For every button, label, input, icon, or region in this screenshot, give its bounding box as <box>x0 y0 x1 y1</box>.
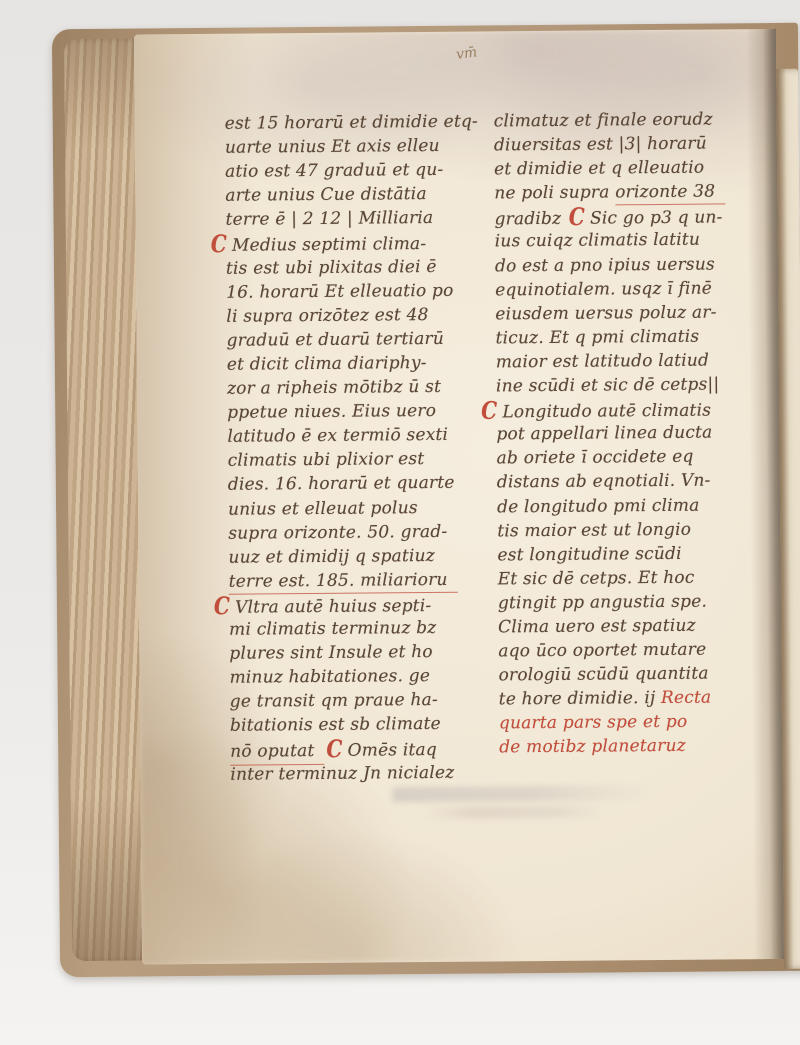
manuscript-line: uarte unius Et axis elleu <box>225 134 481 160</box>
manuscript-line: ppetue niues. Eius uero <box>227 399 483 425</box>
text-segment: uarte unius Et axis elleu <box>225 136 440 158</box>
text-segment: pot appellari linea ducta <box>496 423 712 445</box>
manuscript-line: est 15 horarū et dimidie etq- <box>225 110 481 136</box>
manuscript-line: bitationis est sb climate <box>230 712 486 738</box>
manuscript-line: ius cuiqz climatis latitu <box>495 228 751 254</box>
manuscript-line: minuz habitationes. ge <box>229 664 485 690</box>
text-column-right: climatuz et finale eorudzdiuersitas est … <box>494 107 756 760</box>
text-segment: equinotialem. usqz ī finē <box>495 278 712 300</box>
manuscript-line: CLongitudo autē climatis <box>496 396 752 422</box>
text-segment: climatis ubi plixior est <box>228 449 425 471</box>
text-segment: et dicit clima diariphy- <box>227 353 427 375</box>
manuscript-line: arte unius Cue distātia <box>225 182 481 208</box>
text-segment: inter terminuz Jn nicialez <box>230 762 454 784</box>
manuscript-line: distans ab eqnotiali. Vn- <box>497 469 753 495</box>
capitulum-mark: C <box>569 203 585 232</box>
manuscript-line: CMedius septimi clima- <box>226 230 482 256</box>
manuscript-line: et dimidie et q elleuatio <box>494 155 750 181</box>
manuscript-line: mi climatis terminuz bz <box>229 615 485 641</box>
text-segment: distans ab eqnotiali. Vn- <box>497 471 711 493</box>
manuscript-line: equinotialem. usqz ī finē <box>495 276 751 302</box>
manuscript-line: est longitudine scūdi <box>497 541 753 567</box>
manuscript-line: Clima uero est spatiuz <box>498 613 754 639</box>
text-segment: diuersitas est |3| horarū <box>494 134 707 156</box>
text-segment: tis est ubi plixitas diei ē <box>226 256 437 278</box>
manuscript-line: li supra orizōtez est 48 <box>226 302 482 328</box>
text-segment: climatuz et finale eorudz <box>494 110 713 132</box>
manuscript-line: ge transit qm praue ha- <box>230 688 486 714</box>
manuscript-line: nō oputatCOmēs itaq <box>230 736 486 762</box>
text-segment: eiusdem uersus poluz ar- <box>495 302 716 324</box>
text-segment: arte unius Cue distātia <box>225 184 427 206</box>
manuscript-line: gtingit pp angustia spe. <box>498 589 754 615</box>
text-segment: terre est. 185. miliarioru <box>229 568 458 595</box>
manuscript-line: do est a pno ipius uersus <box>495 252 751 278</box>
manuscript-line: tis maior est ut longio <box>497 517 753 543</box>
manuscript-line: et dicit clima diariphy- <box>227 350 483 376</box>
manuscript-line: zor a ripheis mōtibz ū st <box>227 375 483 401</box>
manuscript-page: vm̄ est 15 horarū et dimidie etq-uarte u… <box>134 29 784 965</box>
text-segment: plures sint Insule et ho <box>229 642 433 664</box>
manuscript-book: vm̄ est 15 horarū et dimidie etq-uarte u… <box>52 23 800 977</box>
text-segment: 16. horarū Et elleuatio po <box>226 280 453 302</box>
manuscript-line: graduū et duarū tertiarū <box>226 326 482 352</box>
manuscript-line: gradibz CSic go p3 q un- <box>494 204 750 230</box>
text-column-left: est 15 horarū et dimidie etq-uarte unius… <box>225 110 487 787</box>
text-segment: dies. 16. horarū et quarte <box>228 473 455 495</box>
text-segment: orizonte 38 <box>615 180 725 206</box>
manuscript-line: terre ē | 2 12 | Milliaria <box>225 206 481 232</box>
manuscript-line: terre est. 185. miliarioru <box>229 567 485 593</box>
manuscript-line: latitudo ē ex termiō sexti <box>227 423 483 449</box>
manuscript-line: dies. 16. horarū et quarte <box>228 471 484 497</box>
manuscript-line: supra orizonte. 50. grad- <box>228 519 484 545</box>
photo-backdrop: { "palette": { "backdrop": "#e8e6e4", "c… <box>0 0 800 1045</box>
text-segment: Longitudo autē climatis <box>502 401 711 423</box>
manuscript-line: aqo ūco oportet mutare <box>498 637 754 663</box>
manuscript-line: ne poli supra orizonte 38 <box>494 179 750 205</box>
manuscript-line: diuersitas est |3| horarū <box>494 131 750 157</box>
manuscript-line: inter terminuz Jn nicialez <box>230 760 486 786</box>
text-segment: ine scūdi et sic dē cetps|| <box>496 374 720 396</box>
text-segment: gtingit pp angustia spe. <box>498 591 707 613</box>
text-segment: Recta <box>661 688 712 708</box>
manuscript-line: 16. horarū Et elleuatio po <box>226 278 482 304</box>
text-segment: Sic go p3 q un- <box>590 208 723 229</box>
text-segment: maior est latitudo latiud <box>496 350 709 372</box>
manuscript-line: de motibz planetaruz <box>499 734 755 760</box>
text-segment: latitudo ē ex termiō sexti <box>227 425 448 447</box>
text-segment: ppetue niues. Eius uero <box>227 401 436 423</box>
text-segment: zor a ripheis mōtibz ū st <box>227 377 441 399</box>
text-segment: ticuz. Et q pmi climatis <box>496 326 700 348</box>
text-segment: ne poli supra <box>494 183 615 204</box>
manuscript-line: CVltra autē huius septi- <box>229 591 485 617</box>
text-segment: terre ē | 2 12 | Milliaria <box>225 208 433 230</box>
text-segment: mi climatis terminuz bz <box>229 618 436 640</box>
manuscript-line: orologiū scūdū quantita <box>498 661 754 687</box>
text-segment: tis maior est ut longio <box>497 519 691 541</box>
capitulum-mark: C <box>214 591 230 620</box>
text-segment: supra orizonte. 50. grad- <box>228 521 447 543</box>
manuscript-line: ab oriete ī occidete eq <box>497 444 753 470</box>
text-segment: Medius septimi clima- <box>232 234 427 256</box>
text-segment: est 15 horarū et dimidie etq- <box>225 112 478 134</box>
text-segment: ge transit qm praue ha- <box>230 690 438 712</box>
capitulum-mark: C <box>481 396 497 425</box>
manuscript-line: te hore dimidie. ij Recta <box>499 685 755 711</box>
manuscript-line: uuz et dimidij q spatiuz <box>228 543 484 569</box>
text-segment: do est a pno ipius uersus <box>495 254 715 276</box>
text-segment: li supra orizōtez est 48 <box>226 305 428 327</box>
folio-mark: vm̄ <box>455 44 478 63</box>
manuscript-line: ine scūdi et sic dē cetps|| <box>496 372 752 398</box>
text-segment: unius et elleuat polus <box>228 498 418 520</box>
manuscript-line: pot appellari linea ducta <box>496 420 752 446</box>
text-segment: est longitudine scūdi <box>497 543 681 565</box>
text-segment: de longitudo pmi clima <box>497 495 700 517</box>
text-segment: orologiū scūdū quantita <box>498 664 708 686</box>
text-segment: minuz habitationes. ge <box>229 666 430 688</box>
text-segment: uuz et dimidij q spatiuz <box>228 546 435 568</box>
text-segment: bitationis est sb climate <box>230 714 441 736</box>
text-segment: ab oriete ī occidete eq <box>497 447 694 469</box>
manuscript-line: eiusdem uersus poluz ar- <box>495 300 751 326</box>
text-segment: atio est 47 graduū et qu- <box>225 160 443 182</box>
text-segment: ius cuiqz climatis latitu <box>495 230 701 252</box>
text-segment: Et sic dē cetps. Et hoc <box>498 567 695 589</box>
manuscript-line: climatis ubi plixior est <box>228 447 484 473</box>
text-segment: aqo ūco oportet mutare <box>498 640 706 662</box>
manuscript-line: unius et elleuat polus <box>228 495 484 521</box>
manuscript-line: quarta pars spe et po <box>499 710 755 736</box>
text-segment: quarta pars spe et po <box>499 712 688 734</box>
manuscript-line: climatuz et finale eorudz <box>494 107 750 133</box>
text-segment: de motibz planetaruz <box>499 736 686 758</box>
capitulum-mark: C <box>211 230 227 259</box>
text-segment: Omēs itaq <box>348 740 438 761</box>
text-layer: vm̄ est 15 horarū et dimidie etq-uarte u… <box>134 29 784 965</box>
manuscript-line: atio est 47 graduū et qu- <box>225 158 481 184</box>
text-segment: te hore dimidie. ij <box>499 688 661 709</box>
text-segment: et dimidie et q elleuatio <box>494 158 704 180</box>
manuscript-line: maior est latitudo latiud <box>496 348 752 374</box>
manuscript-line: tis est ubi plixitas diei ē <box>226 254 482 280</box>
manuscript-line: plures sint Insule et ho <box>229 640 485 666</box>
manuscript-line: Et sic dē cetps. Et hoc <box>498 565 754 591</box>
text-segment: graduū et duarū tertiarū <box>227 329 445 351</box>
manuscript-line: ticuz. Et q pmi climatis <box>495 324 751 350</box>
manuscript-line: de longitudo pmi clima <box>497 493 753 519</box>
text-segment: Vltra autē huius septi- <box>235 596 431 618</box>
capitulum-mark: C <box>326 735 342 764</box>
text-segment: Clima uero est spatiuz <box>498 616 696 638</box>
text-segment: gradibz <box>494 209 566 230</box>
